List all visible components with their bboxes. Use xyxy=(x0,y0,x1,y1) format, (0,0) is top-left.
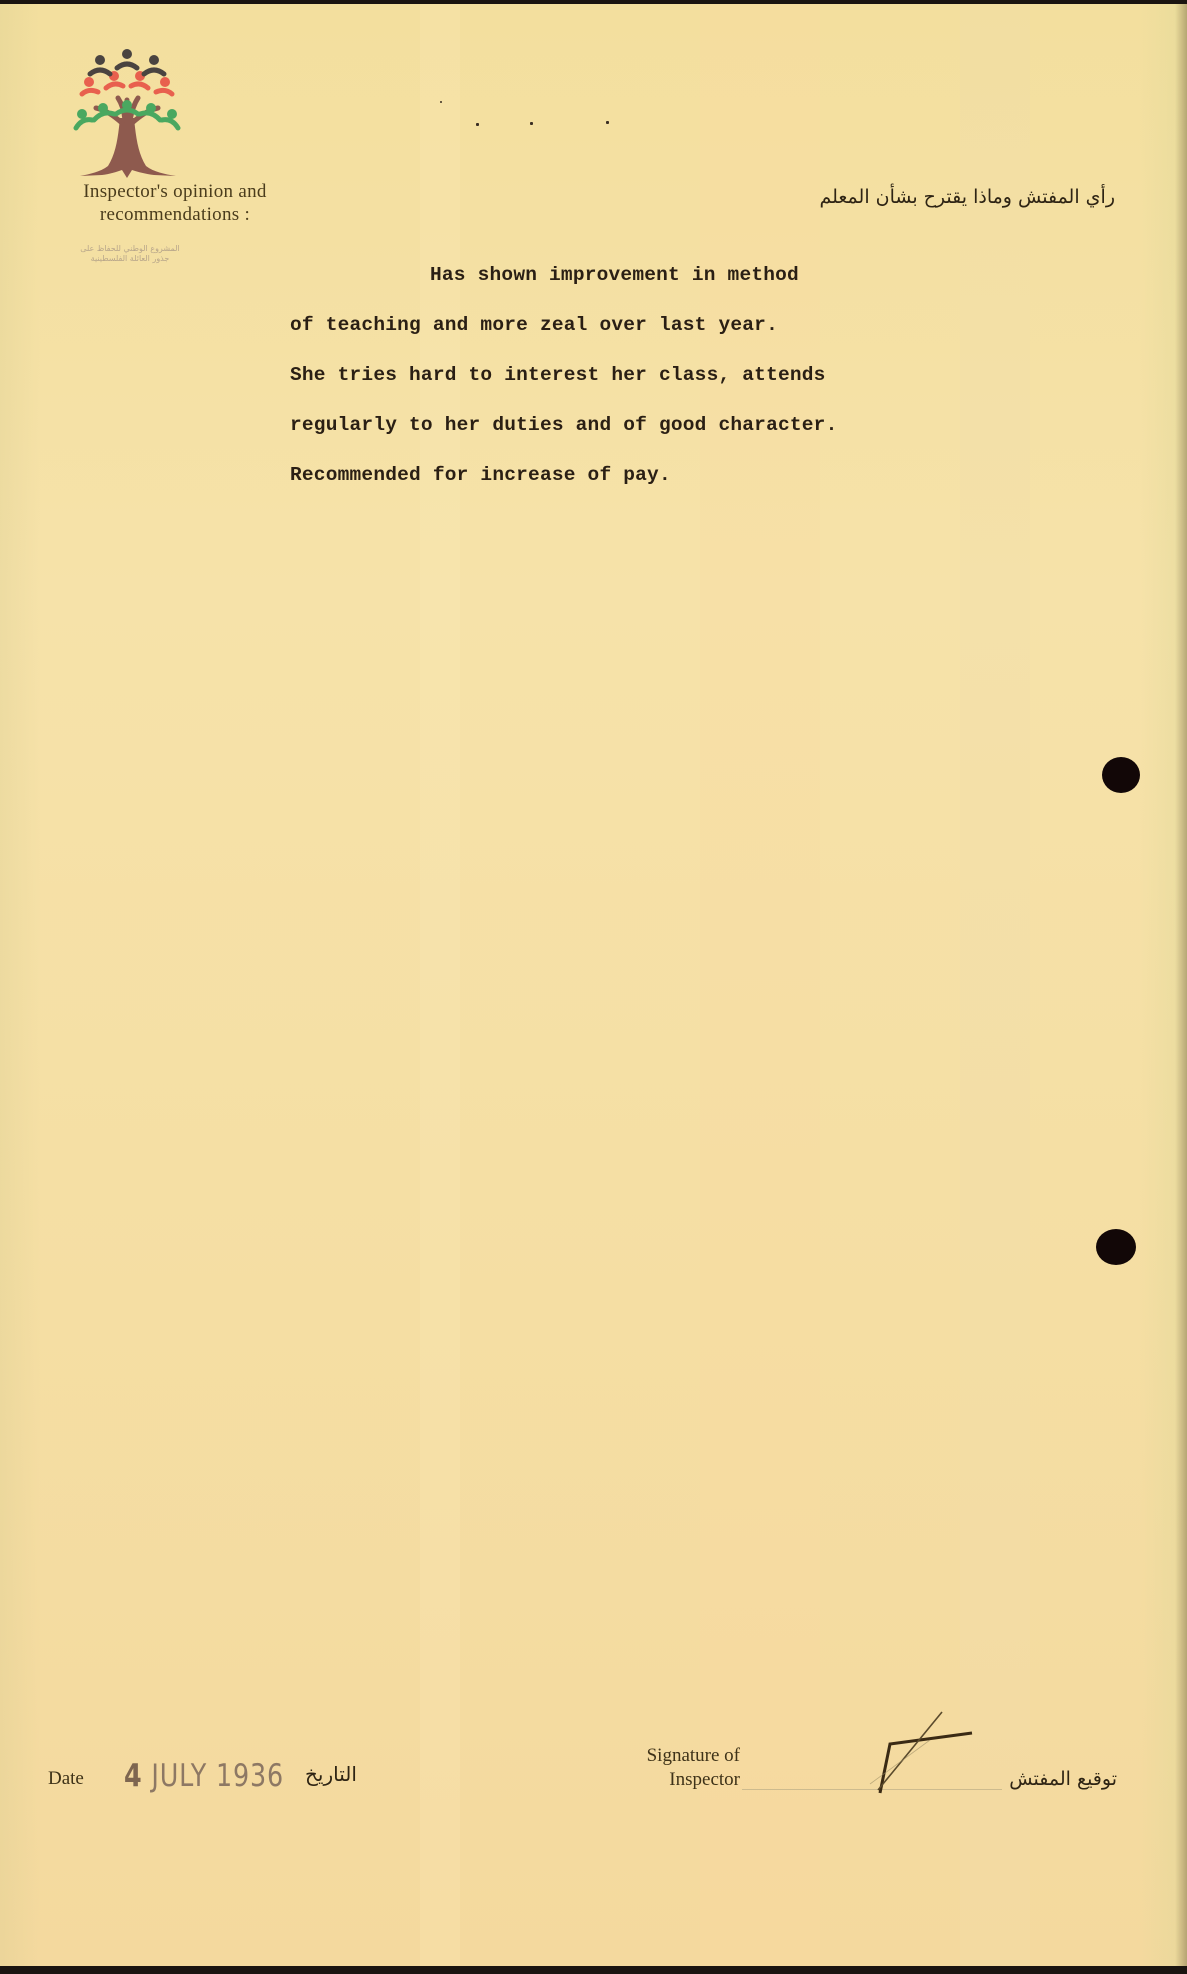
remarks-line: Recommended for increase of pay. xyxy=(290,450,1010,500)
watermark-line-2: جذور العائلة الفلسطينية xyxy=(60,254,200,264)
signature-label-line-1: Signature of xyxy=(600,1744,740,1768)
remarks-line: of teaching and more zeal over last year… xyxy=(290,300,1010,350)
signature-label: Signature of Inspector xyxy=(600,1744,740,1792)
inspector-opinion-label: Inspector's opinion and recommendations … xyxy=(40,180,310,226)
speck xyxy=(440,101,442,103)
date-stamp-day: 4 xyxy=(124,1758,143,1794)
handwritten-signature-icon xyxy=(860,1700,1000,1810)
watermark-line-1: المشروع الوطني للحفاظ على xyxy=(60,244,200,254)
inspector-remarks: Has shown improvement in method of teach… xyxy=(290,250,1010,500)
family-tree-logo-icon xyxy=(72,48,182,183)
speck xyxy=(476,123,479,126)
speck xyxy=(606,121,609,124)
date-stamp: 4 JULY 1936 xyxy=(124,1758,284,1794)
inspector-opinion-label-arabic: رأي المفتش وماذا يقترح بشأن المعلم xyxy=(819,186,1115,208)
remarks-line: Has shown improvement in method xyxy=(290,250,1010,300)
date-label: Date xyxy=(48,1768,84,1790)
remarks-line: She tries hard to interest her class, at… xyxy=(290,350,1010,400)
date-stamp-month-year: JULY 1936 xyxy=(151,1758,284,1794)
speck xyxy=(530,122,533,125)
label-line-2: recommendations : xyxy=(40,203,310,226)
punch-hole xyxy=(1102,757,1140,793)
signature-label-arabic: توقيع المفتش xyxy=(1009,1768,1117,1790)
remarks-line: regularly to her duties and of good char… xyxy=(290,400,1010,450)
date-label-arabic: التاريخ xyxy=(305,1762,357,1786)
label-line-1: Inspector's opinion and xyxy=(40,180,310,203)
signature-label-line-2: Inspector xyxy=(600,1768,740,1792)
logo-watermark-text: المشروع الوطني للحفاظ على جذور العائلة ا… xyxy=(60,244,200,264)
punch-hole xyxy=(1096,1229,1136,1265)
